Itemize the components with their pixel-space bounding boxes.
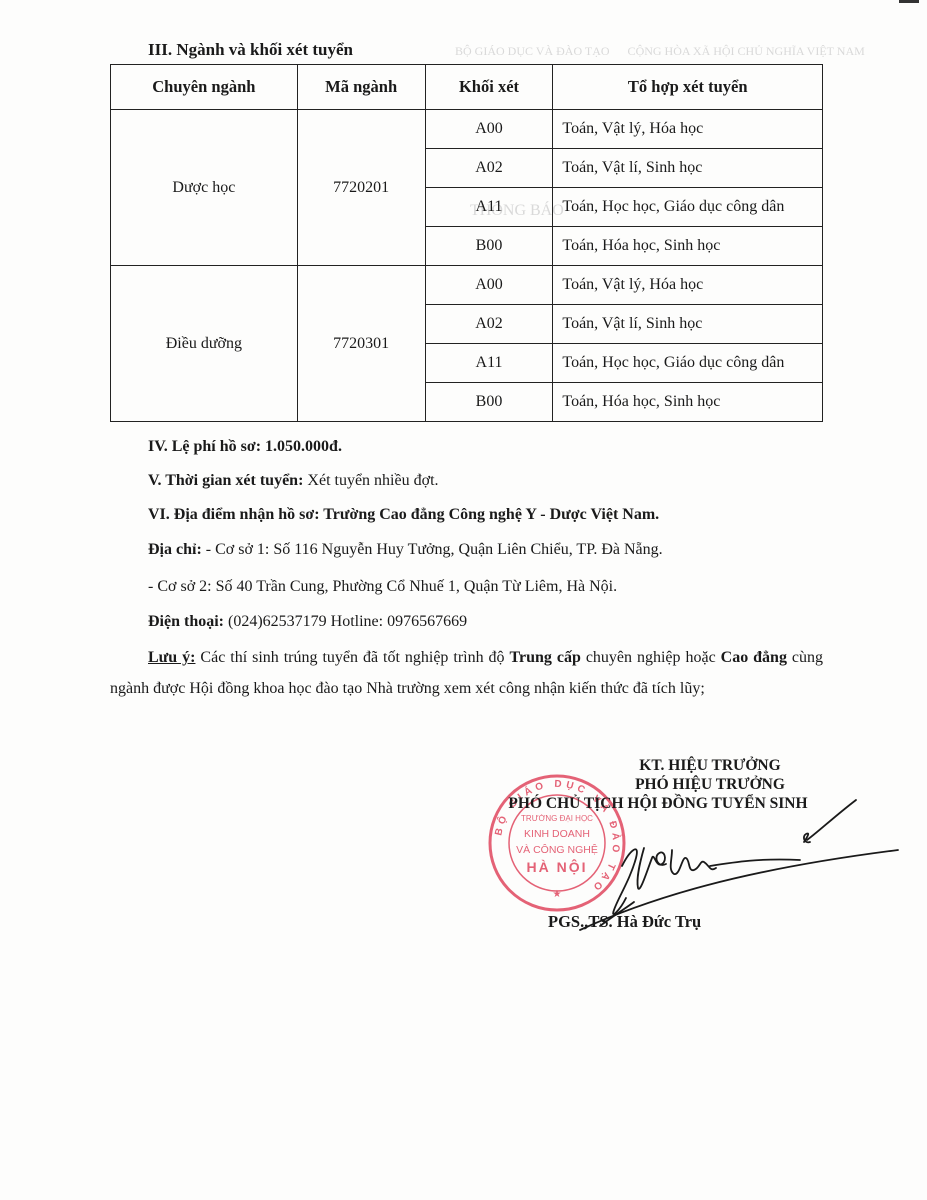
block-cell: B00 xyxy=(425,227,553,266)
note-text: Các thí sinh trúng tuyển đã tốt nghiệp t… xyxy=(195,649,509,666)
header-combination: Tổ hợp xét tuyển xyxy=(553,65,823,110)
block-cell: B00 xyxy=(425,383,553,422)
section-iii-title: III. Ngành và khối xét tuyển xyxy=(148,40,353,60)
address-campus-1: Địa chỉ: - Cơ sở 1: Số 116 Nguyễn Huy Tư… xyxy=(148,541,663,559)
table-header-row: Chuyên ngành Mã ngành Khối xét Tổ hợp xé… xyxy=(111,65,823,110)
note-bold-trung-cap: Trung cấp xyxy=(510,649,581,666)
block-cell: A11 xyxy=(425,188,553,227)
block-cell: A00 xyxy=(425,110,553,149)
address-label: Địa chỉ: xyxy=(148,541,202,558)
note-bold-cao-dang: Cao đẳng xyxy=(721,649,787,666)
table-row: Điều dưỡng 7720301 A00 Toán, Vật lý, Hóa… xyxy=(111,266,823,305)
block-cell: A00 xyxy=(425,266,553,305)
section-iv-fee: IV. Lệ phí hồ sơ: 1.050.000đ. xyxy=(148,438,342,456)
major-cell: Dược học xyxy=(111,110,298,266)
header-block: Khối xét xyxy=(425,65,553,110)
combination-cell: Toán, Học học, Giáo dục công dân xyxy=(553,188,823,227)
address-campus-2: - Cơ sở 2: Số 40 Trần Cung, Phường Cổ Nh… xyxy=(148,578,617,596)
note-paragraph: Lưu ý: Các thí sinh trúng tuyển đã tốt n… xyxy=(110,642,823,704)
section-vi-location: VI. Địa điểm nhận hồ sơ: Trường Cao đẳng… xyxy=(148,506,659,524)
block-cell: A02 xyxy=(425,305,553,344)
combination-cell: Toán, Hóa học, Sinh học xyxy=(553,227,823,266)
combination-cell: Toán, Vật lí, Sinh học xyxy=(553,305,823,344)
table-row: Dược học 7720201 A00 Toán, Vật lý, Hóa h… xyxy=(111,110,823,149)
note-text: chuyên nghiệp hoặc xyxy=(581,649,721,666)
phone-label: Điện thoại: xyxy=(148,613,224,630)
code-cell: 7720301 xyxy=(297,266,425,422)
block-cell: A11 xyxy=(425,344,553,383)
block-cell: A02 xyxy=(425,149,553,188)
code-cell: 7720201 xyxy=(297,110,425,266)
combination-cell: Toán, Vật lý, Hóa học xyxy=(553,266,823,305)
phone-value: (024)62537179 Hotline: 0976567669 xyxy=(224,613,467,630)
signature-title-1: KT. HIỆU TRƯỞNG xyxy=(535,756,885,775)
combination-cell: Toán, Vật lý, Hóa học xyxy=(553,110,823,149)
combination-cell: Toán, Học học, Giáo dục công dân xyxy=(553,344,823,383)
admission-table: Chuyên ngành Mã ngành Khối xét Tổ hợp xé… xyxy=(110,64,823,422)
section-v-label: V. Thời gian xét tuyển: xyxy=(148,472,303,489)
bleed-through-text: BỘ GIÁO DỤC VÀ ĐÀO TẠO CỘNG HÒA XÃ HỘI C… xyxy=(455,44,865,59)
header-major: Chuyên ngành xyxy=(111,65,298,110)
scan-corner-mark xyxy=(899,0,919,3)
combination-cell: Toán, Vật lí, Sinh học xyxy=(553,149,823,188)
section-v-value: Xét tuyển nhiều đợt. xyxy=(303,472,438,489)
note-label: Lưu ý: xyxy=(148,649,195,666)
section-v-time: V. Thời gian xét tuyển: Xét tuyển nhiều … xyxy=(148,472,439,490)
signer-name: PGS.,TS. Hà Đức Trụ xyxy=(548,912,701,932)
phone-line: Điện thoại: (024)62537179 Hotline: 09765… xyxy=(148,613,467,631)
major-cell: Điều dưỡng xyxy=(111,266,298,422)
combination-cell: Toán, Hóa học, Sinh học xyxy=(553,383,823,422)
campus-1-text: - Cơ sở 1: Số 116 Nguyễn Huy Tưởng, Quận… xyxy=(202,541,663,558)
header-code: Mã ngành xyxy=(297,65,425,110)
